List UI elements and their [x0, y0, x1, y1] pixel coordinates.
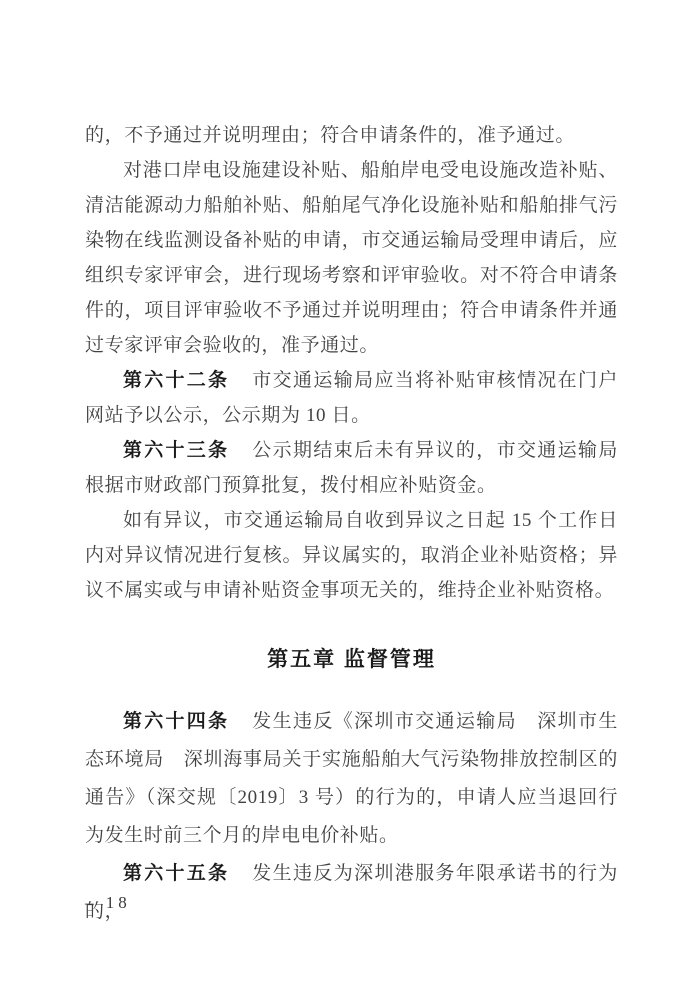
body-paragraph: 如有异议，市交通运输局自收到异议之日起 15 个工作日内对异议情况进行复核。异议…: [85, 503, 618, 608]
article-paragraph: 第六十三条公示期结束后未有异议的，市交通运输局根据市财政部门预算批复，拨付相应补…: [85, 433, 618, 503]
article-number: 第六十二条: [123, 370, 229, 391]
body-paragraph: 对港口岸电设施建设补贴、船舶岸电受电设施改造补贴、清洁能源动力船舶补贴、船舶尾气…: [85, 153, 618, 363]
article-paragraph: 第六十二条市交通运输局应当将补贴审核情况在门户网站予以公示，公示期为 10 日。: [85, 363, 618, 433]
article-paragraph: 第六十五条发生违反为深圳港服务年限承诺书的行为的，: [85, 855, 618, 931]
body-paragraph: 的，不予通过并说明理由；符合申请条件的，准予通过。: [85, 118, 618, 153]
paragraph-text: 的，不予通过并说明理由；符合申请条件的，准予通过。: [85, 125, 575, 146]
article-paragraph: 第六十四条发生违反《深圳市交通运输局 深圳市生态环境局 深圳海事局关于实施船舶大…: [85, 703, 618, 855]
article-number: 第六十三条: [123, 440, 229, 461]
paragraph-text: 如有异议，市交通运输局自收到异议之日起 15 个工作日内对异议情况进行复核。异议…: [85, 510, 618, 601]
chapter-heading: 第五章 监督管理: [85, 643, 618, 673]
paragraph-text: 对港口岸电设施建设补贴、船舶岸电受电设施改造补贴、清洁能源动力船舶补贴、船舶尾气…: [85, 160, 618, 356]
article-number: 第六十四条: [123, 711, 229, 732]
article-number: 第六十五条: [123, 863, 229, 884]
page-number: – 18: [85, 893, 131, 913]
document-body: 的，不予通过并说明理由；符合申请条件的，准予通过。对港口岸电设施建设补贴、船舶岸…: [85, 118, 618, 931]
document-page: 的，不予通过并说明理由；符合申请条件的，准予通过。对港口岸电设施建设补贴、船舶岸…: [0, 0, 700, 990]
